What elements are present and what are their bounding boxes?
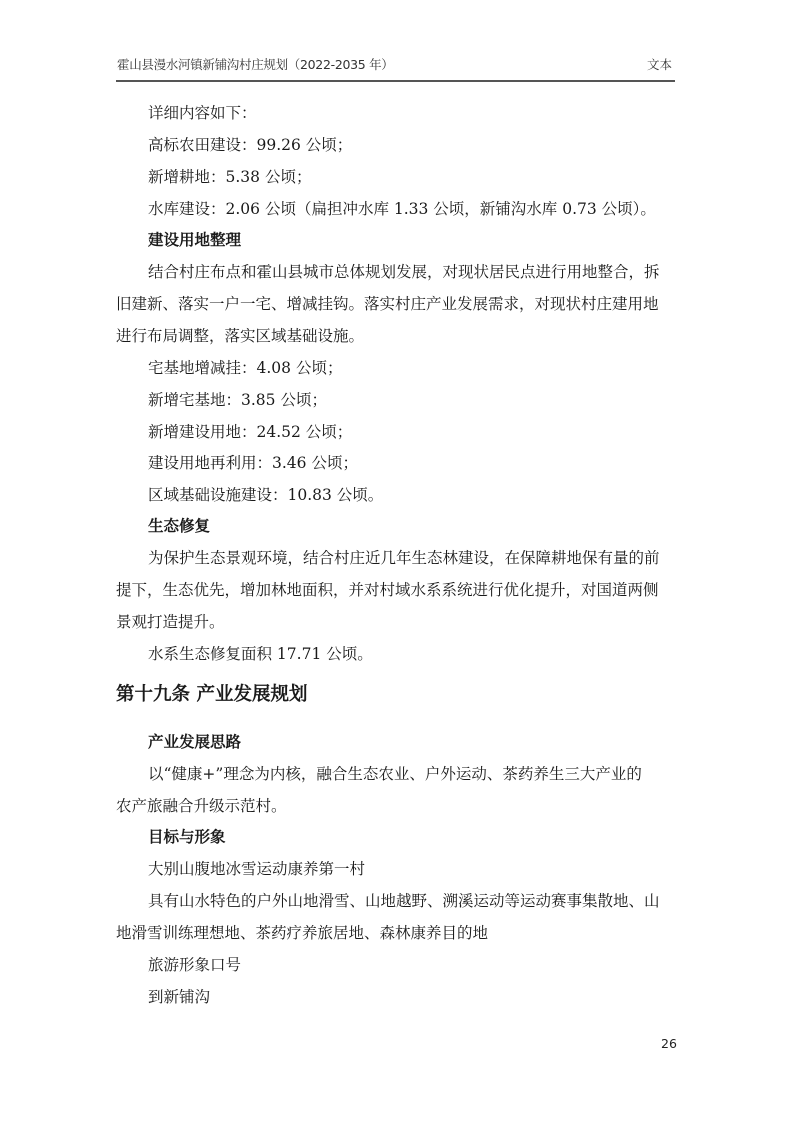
page-header: 霍山县漫水河镇新铺沟村庄规划（2022-2035 年） 文本 xyxy=(117,55,675,75)
page-number: 26 xyxy=(661,1036,677,1051)
paragraph-line: 高标农田建设：99.26 公顷； xyxy=(148,135,352,155)
section-heading: 产业发展思路 xyxy=(148,732,241,752)
paragraph-line: 地滑雪训练理想地、茶药疗养旅居地、森林康养目的地 xyxy=(116,923,488,943)
paragraph-line: 水库建设：2.06 公顷（扁担冲水库 1.33 公顷，新铺沟水库 0.73 公顷… xyxy=(148,199,656,219)
paragraph-line: 大别山腹地冰雪运动康养第一村 xyxy=(148,859,365,879)
paragraph-line: 进行布局调整，落实区域基础设施。 xyxy=(116,326,364,346)
document-title: 霍山县漫水河镇新铺沟村庄规划（2022-2035 年） xyxy=(117,55,394,73)
paragraph-line: 为保护生态景观环境，结合村庄近几年生态林建设，在保障耕地保有量的前 xyxy=(148,548,660,568)
paragraph-line: 新增建设用地：24.52 公顷； xyxy=(148,422,352,442)
section-heading: 建设用地整理 xyxy=(148,230,241,250)
paragraph-line: 详细内容如下： xyxy=(148,103,257,123)
paragraph-line: 景观打造提升。 xyxy=(116,612,225,632)
section-label: 文本 xyxy=(647,55,672,73)
paragraph-line: 到新铺沟 xyxy=(148,987,210,1007)
paragraph-line: 结合村庄布点和霍山县城市总体规划发展，对现状居民点进行用地整合，拆 xyxy=(148,262,660,282)
paragraph-line: 宅基地增减挂：4.08 公顷； xyxy=(148,358,342,378)
paragraph-line: 建设用地再利用：3.46 公顷； xyxy=(148,453,358,473)
paragraph-line: 新增宅基地：3.85 公顷； xyxy=(148,390,327,410)
paragraph-line: 农产旅融合升级示范村。 xyxy=(116,796,287,816)
paragraph-line: 新增耕地：5.38 公顷； xyxy=(148,167,311,187)
paragraph-line: 区域基础设施建设：10.83 公顷。 xyxy=(148,485,383,505)
paragraph-line: 以“健康+”理念为内核，融合生态农业、户外运动、茶药养生三大产业的 xyxy=(148,764,642,784)
paragraph-line: 提下，生态优先，增加林地面积，并对村域水系系统进行优化提升，对国道两侧 xyxy=(116,580,659,600)
paragraph-line: 旅游形象口号 xyxy=(148,955,241,975)
paragraph-line: 水系生态修复面积 17.71 公顷。 xyxy=(148,644,373,664)
header-divider xyxy=(116,80,675,82)
section-heading: 目标与形象 xyxy=(148,827,226,847)
article-heading: 第十九条 产业发展规划 xyxy=(116,685,307,705)
section-heading: 生态修复 xyxy=(148,516,210,536)
paragraph-line: 旧建新、落实一户一宅、增减挂钩。落实村庄产业发展需求，对现状村庄建用地 xyxy=(116,294,659,314)
paragraph-line: 具有山水特色的户外山地滑雪、山地越野、溯溪运动等运动赛事集散地、山 xyxy=(148,891,660,911)
